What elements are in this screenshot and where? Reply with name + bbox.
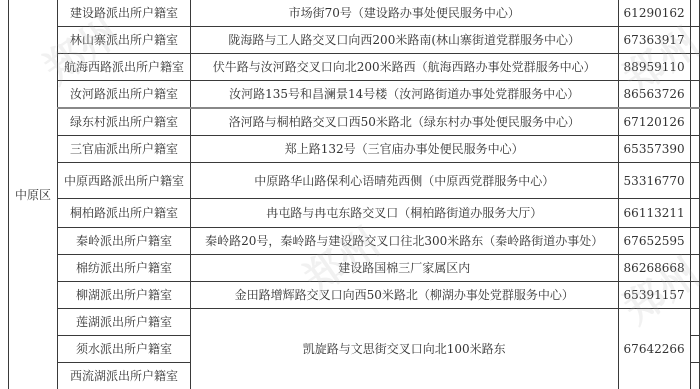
- station-name: 建设路派出所户籍室: [57, 0, 190, 27]
- station-name: 须水派出所户籍室: [57, 336, 190, 363]
- station-address: 洛河路与桐柏路交叉口西50米路北（绿东村办事处便民服务中心）: [190, 108, 618, 136]
- station-phone: 67652595: [618, 228, 690, 255]
- edge-cell: [690, 336, 699, 363]
- edge-cell: [690, 54, 699, 81]
- station-phone: 65391157: [618, 282, 690, 309]
- station-phone: 86563726: [618, 81, 690, 109]
- station-name: 航海西路派出所户籍室: [57, 54, 190, 81]
- table-row: 林山寨派出所户籍室 陇海路与工人路交叉口向西200米路南(林山寨街道党群服务中心…: [9, 27, 700, 54]
- table-row: 中原区 建设路派出所户籍室 市场街70号（建设路办事处便民服务中心） 61290…: [9, 0, 700, 27]
- merged-phone: 67642266: [618, 309, 690, 389]
- station-name: 棉纺派出所户籍室: [57, 255, 190, 282]
- district-cell: 中原区: [9, 0, 58, 389]
- station-name: 桐柏路派出所户籍室: [57, 199, 190, 228]
- edge-cell: [690, 136, 699, 163]
- station-name: 汝河路派出所户籍室: [57, 81, 190, 109]
- household-registry-table: 中原区 建设路派出所户籍室 市场街70号（建设路办事处便民服务中心） 61290…: [8, 0, 700, 389]
- station-address: 伏牛路与汝河路交叉口向北200米路西（航海西路办事处党群服务中心）: [190, 54, 618, 81]
- edge-cell: [690, 163, 699, 199]
- edge-cell: [690, 0, 699, 27]
- station-name: 三官庙派出所户籍室: [57, 136, 190, 163]
- station-phone: 66113211: [618, 199, 690, 228]
- edge-cell: [690, 108, 699, 136]
- edge-cell: [690, 81, 699, 109]
- station-address: 中原路华山路保利心语晴苑西侧（中原西党群服务中心）: [190, 163, 618, 199]
- edge-cell: [690, 255, 699, 282]
- station-phone: 53316770: [618, 163, 690, 199]
- merged-address: 凯旋路与文思街交叉口向北100米路东: [190, 309, 618, 389]
- station-name: 西流湖派出所户籍室: [57, 363, 190, 389]
- station-name: 林山寨派出所户籍室: [57, 27, 190, 54]
- station-phone: 61290162: [618, 0, 690, 27]
- station-name: 绿东村派出所户籍室: [57, 108, 190, 136]
- station-address: 市场街70号（建设路办事处便民服务中心）: [190, 0, 618, 27]
- edge-cell: [690, 228, 699, 255]
- table-row: 绿东村派出所户籍室 洛河路与桐柏路交叉口西50米路北（绿东村办事处便民服务中心）…: [9, 108, 700, 136]
- station-name: 中原西路派出所户籍室: [57, 163, 190, 199]
- table-row: 三官庙派出所户籍室 郑上路132号（三官庙办事处便民服务中心） 65357390: [9, 136, 700, 163]
- station-address: 冉屯路与冉屯东路交叉口（桐柏路街道办服务大厅）: [190, 199, 618, 228]
- station-address: 建设路国棉三厂家属区内: [190, 255, 618, 282]
- station-phone: 67120126: [618, 108, 690, 136]
- station-address: 秦岭路20号，秦岭路与建设路交叉口往北300米路东（秦岭路街道办事处）: [190, 228, 618, 255]
- station-address: 汝河路135号和昌澜景14号楼（汝河路街道办事处党群服务中心）: [190, 81, 618, 109]
- station-phone: 65357390: [618, 136, 690, 163]
- edge-cell: [690, 309, 699, 336]
- edge-cell: [690, 282, 699, 309]
- station-name: 柳湖派出所户籍室: [57, 282, 190, 309]
- station-address: 郑上路132号（三官庙办事处便民服务中心）: [190, 136, 618, 163]
- table-row: 桐柏路派出所户籍室 冉屯路与冉屯东路交叉口（桐柏路街道办服务大厅） 661132…: [9, 199, 700, 228]
- edge-cell: [690, 199, 699, 228]
- table-row: 柳湖派出所户籍室 金田路增辉路交叉口向西50米路北（柳湖办事处党群服务中心） 6…: [9, 282, 700, 309]
- table-row: 莲湖派出所户籍室 凯旋路与文思街交叉口向北100米路东 67642266: [9, 309, 700, 336]
- station-phone: 86268668: [618, 255, 690, 282]
- station-phone: 88959110: [618, 54, 690, 81]
- table-row: 棉纺派出所户籍室 建设路国棉三厂家属区内 86268668: [9, 255, 700, 282]
- station-phone: 67363917: [618, 27, 690, 54]
- edge-cell: [690, 363, 699, 389]
- station-address: 金田路增辉路交叉口向西50米路北（柳湖办事处党群服务中心）: [190, 282, 618, 309]
- table-row: 中原西路派出所户籍室 中原路华山路保利心语晴苑西侧（中原西党群服务中心） 533…: [9, 163, 700, 199]
- table-row: 汝河路派出所户籍室 汝河路135号和昌澜景14号楼（汝河路街道办事处党群服务中心…: [9, 81, 700, 109]
- table-row: 秦岭派出所户籍室 秦岭路20号，秦岭路与建设路交叉口往北300米路东（秦岭路街道…: [9, 228, 700, 255]
- table-row: 航海西路派出所户籍室 伏牛路与汝河路交叉口向北200米路西（航海西路办事处党群服…: [9, 54, 700, 81]
- station-name: 秦岭派出所户籍室: [57, 228, 190, 255]
- edge-cell: [690, 27, 699, 54]
- station-address: 陇海路与工人路交叉口向西200米路南(林山寨街道党群服务中心）: [190, 27, 618, 54]
- station-name: 莲湖派出所户籍室: [57, 309, 190, 336]
